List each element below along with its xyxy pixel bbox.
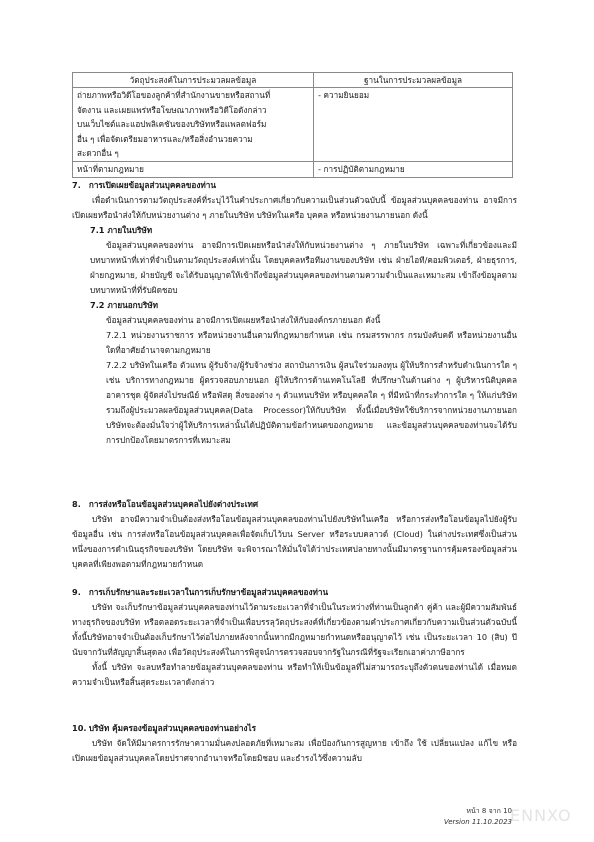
section-8: 8. การส่งหรือโอนข้อมูลส่วนบุคคลไปยังต่าง… — [72, 497, 517, 572]
section-8-heading: 8. การส่งหรือโอนข้อมูลส่วนบุคคลไปยังต่าง… — [72, 497, 517, 512]
table-header-basis: ฐานในการประมวลผลข้อมูล — [314, 73, 513, 88]
section-number: 8. — [72, 497, 86, 512]
section-number: 9. — [72, 585, 86, 600]
section-7-1-heading: 7.1 ภายในบริษัท — [72, 223, 517, 238]
processing-purpose-table: วัตถุประสงค์ในการประมวลผลข้อมูล ฐานในการ… — [72, 72, 513, 178]
section-9: 9. การเก็บรักษาและระยะเวลาในการเก็บรักษา… — [72, 585, 517, 690]
cell-line: สะดวกอื่น ๆ — [77, 146, 309, 161]
cell-line: บนเว็บไซต์และแอปพลิเคชันของบริษัทหรือแพล… — [77, 117, 309, 132]
table-cell-purpose: หน้าที่ตามกฎหมาย — [73, 161, 314, 177]
page-number: หน้า 8 จาก 10 — [466, 806, 512, 817]
cell-line: อื่น ๆ เพื่อจัดเตรียมอาหารและ/หรือสิ่งอำ… — [77, 132, 309, 147]
section-9-heading: 9. การเก็บรักษาและระยะเวลาในการเก็บรักษา… — [72, 585, 517, 600]
section-number: 7. — [72, 178, 86, 193]
cell-line: หน้าที่ตามกฎหมาย — [77, 162, 309, 177]
section-title: บริษัท คุ้มครองข้อมูลส่วนบุคคลของท่านอย่… — [89, 723, 256, 733]
section-10-body: บริษัท จัดให้มีมาตรการรักษาความมั่นคงปลอ… — [72, 736, 517, 766]
section-number: 10. — [72, 721, 86, 736]
cell-line: ถ่ายภาพหรือวิดีโอของลูกค้าที่สำนักงานขาย… — [77, 88, 309, 103]
watermark: ENNXO — [510, 806, 572, 825]
section-9-body-1: บริษัท จะเก็บรักษาข้อมูลส่วนบุคคลของท่าน… — [72, 600, 517, 660]
table-header-row: วัตถุประสงค์ในการประมวลผลข้อมูล ฐานในการ… — [73, 73, 513, 88]
section-7-body: เพื่อดำเนินการตามวัตถุประสงค์ที่ระบุไว้ใ… — [72, 193, 517, 223]
table-row: ถ่ายภาพหรือวิดีโอของลูกค้าที่สำนักงานขาย… — [73, 88, 513, 162]
section-title: การส่งหรือโอนข้อมูลส่วนบุคคลไปยังต่างประ… — [89, 499, 258, 509]
table-cell-basis: - การปฏิบัติตามกฎหมาย — [314, 161, 513, 177]
section-title: การเก็บรักษาและระยะเวลาในการเก็บรักษาข้อ… — [89, 587, 328, 597]
section-title: การเปิดเผยข้อมูลส่วนบุคคลของท่าน — [89, 180, 216, 190]
section-10: 10. บริษัท คุ้มครองข้อมูลส่วนบุคคลของท่า… — [72, 721, 517, 766]
section-7-2-2: 7.2.2 บริษัทในเครือ ตัวแทน ผู้รับจ้าง/ผู… — [72, 358, 517, 448]
table-cell-purpose: ถ่ายภาพหรือวิดีโอของลูกค้าที่สำนักงานขาย… — [73, 88, 314, 162]
version-label: Version 11.10.2023 — [444, 818, 512, 826]
section-7-heading: 7. การเปิดเผยข้อมูลส่วนบุคคลของท่าน — [72, 178, 517, 193]
table-cell-basis: - ความยินยอม — [314, 88, 513, 162]
document-page: วัตถุประสงค์ในการประมวลผลข้อมูล ฐานในการ… — [0, 0, 594, 842]
table-header-purpose: วัตถุประสงค์ในการประมวลผลข้อมูล — [73, 73, 314, 88]
section-7-2-1: 7.2.1 หน่วยงานราชการ หรือหน่วยงานอื่นตาม… — [72, 328, 517, 358]
section-10-heading: 10. บริษัท คุ้มครองข้อมูลส่วนบุคคลของท่า… — [72, 721, 517, 736]
cell-line: จัดงาน และเผยแพร่หรือโฆษณาภาพหรือวิดีโอด… — [77, 103, 309, 118]
table-row: หน้าที่ตามกฎหมาย - การปฏิบัติตามกฎหมาย — [73, 161, 513, 177]
section-7-2-heading: 7.2 ภายนอกบริษัท — [72, 298, 517, 313]
section-8-body: บริษัท อาจมีความจำเป็นต้องส่งหรือโอนข้อม… — [72, 512, 517, 572]
section-7: 7. การเปิดเผยข้อมูลส่วนบุคคลของท่าน เพื่… — [72, 178, 517, 448]
section-7-2-intro: ข้อมูลส่วนบุคคลของท่าน อาจมีการเปิดเผยหร… — [72, 313, 517, 328]
section-9-body-2: ทั้งนี้ บริษัท จะลบหรือทำลายข้อมูลส่วนบุ… — [72, 660, 517, 690]
section-7-1-body: ข้อมูลส่วนบุคคลของท่าน อาจมีการเปิดเผยหร… — [72, 238, 517, 298]
